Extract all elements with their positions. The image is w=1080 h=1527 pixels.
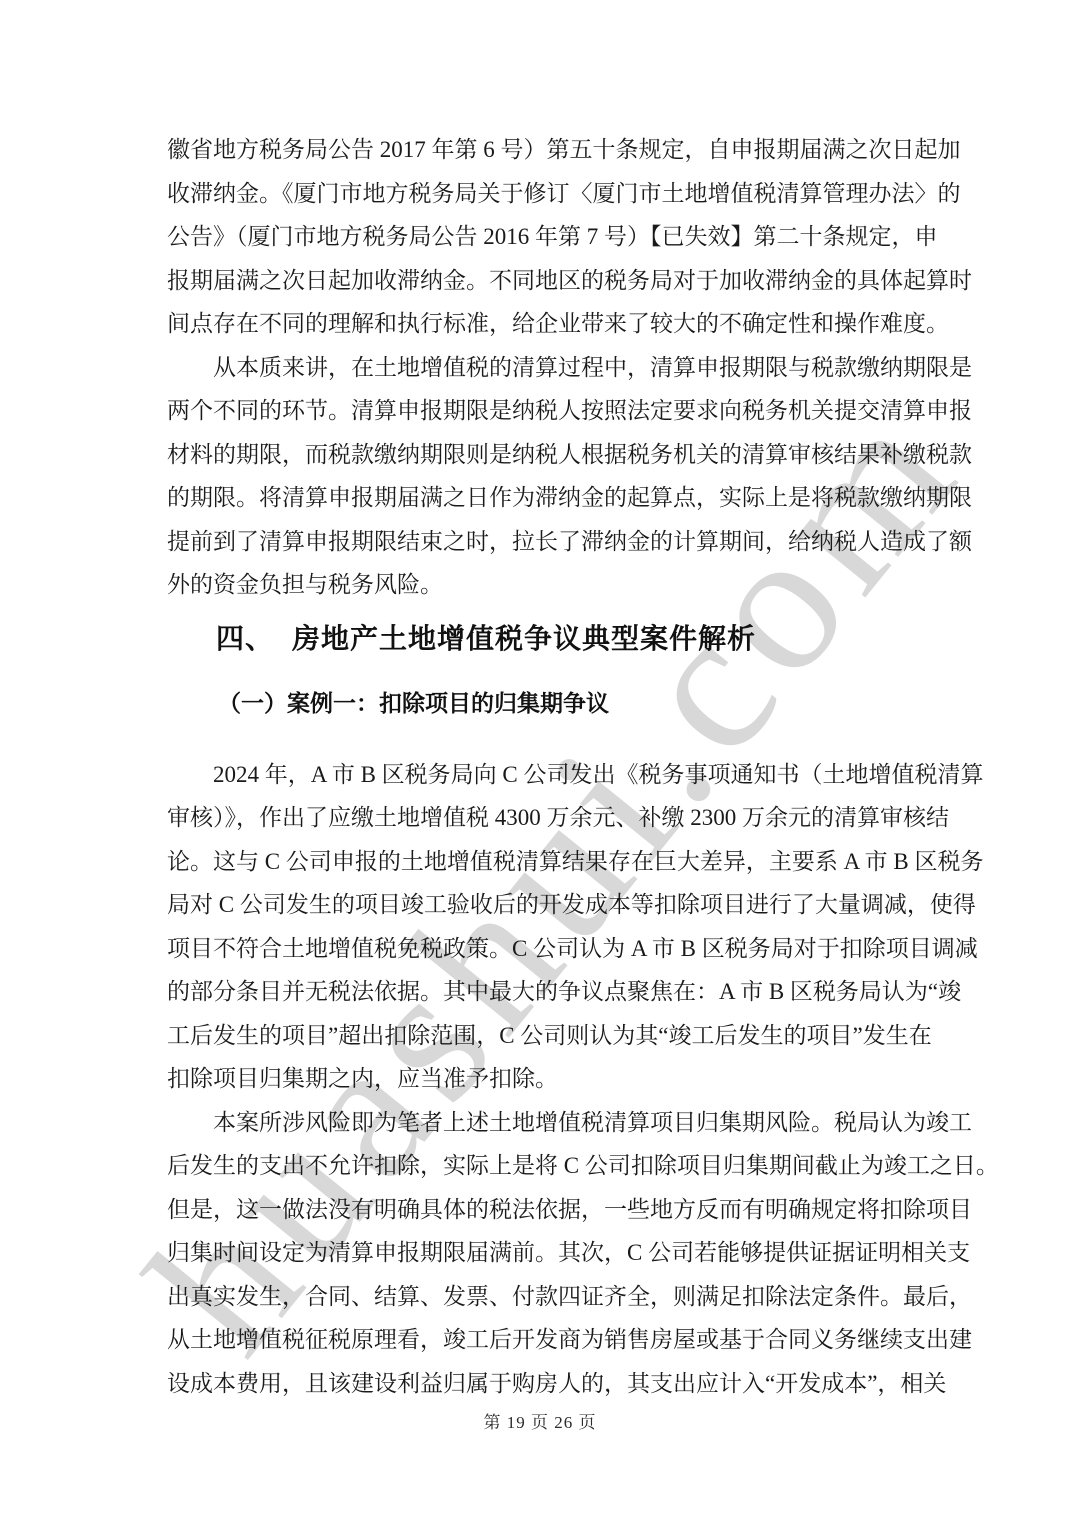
text-line: 工后发生的项目”超出扣除范围，C 公司则认为其“竣工后发生的项目”发生在 [167, 1014, 913, 1058]
text-line: 间点存在不同的理解和执行标准，给企业带来了较大的不确定性和操作难度。 [167, 302, 913, 346]
text-line: 但是，这一做法没有明确具体的税法依据，一些地方反而有明确规定将扣除项目 [167, 1188, 913, 1232]
text-line: 公告》（厦门市地方税务局公告 2016 年第 7 号）【已失效】第二十条规定，申 [167, 215, 913, 259]
text-line: 2024 年，A 市 B 区税务局向 C 公司发出《税务事项通知书（土地增值税清… [167, 753, 913, 797]
text-line: 的期限。将清算申报期届满之日作为滞纳金的起算点，实际上是将税款缴纳期限 [167, 476, 913, 520]
paragraph-overdue-fine-rules: 徽省地方税务局公告 2017 年第 6 号）第五十条规定，自申报期届满之次日起加… [167, 128, 913, 346]
section-title: 房地产土地增值税争议典型案件解析 [292, 623, 756, 654]
text-line: 局对 C 公司发生的项目竣工验收后的开发成本等扣除项目进行了大量调减，使得 [167, 883, 913, 927]
text-line: 报期届满之次日起加收滞纳金。不同地区的税务局对于加收滞纳金的具体起算时 [167, 259, 913, 303]
text-line: 从本质来讲，在土地增值税的清算过程中，清算申报期限与税款缴纳期限是 [167, 346, 913, 390]
text-line: 论。这与 C 公司申报的土地增值税清算结果存在巨大差异，主要系 A 市 B 区税… [167, 840, 913, 884]
page-number: 第 19 页 26 页 [0, 1408, 1080, 1433]
text-line: 归集时间设定为清算申报期限届满前。其次，C 公司若能够提供证据证明相关支 [167, 1231, 913, 1275]
subsection-heading: （一）案例一：扣除项目的归集期争议 [218, 681, 913, 725]
text-line: 徽省地方税务局公告 2017 年第 6 号）第五十条规定，自申报期届满之次日起加 [167, 128, 913, 172]
text-line: 材料的期限，而税款缴纳期限则是纳税人根据税务机关的清算审核结果补缴税款 [167, 433, 913, 477]
text-line: 本案所涉风险即为笔者上述土地增值税清算项目归集期风险。税局认为竣工 [167, 1101, 913, 1145]
section-heading: 四、房地产土地增值税争议典型案件解析 [216, 617, 913, 661]
text-line: 审核）》，作出了应缴土地增值税 4300 万余元、补缴 2300 万余元的清算审… [167, 796, 913, 840]
text-line: 提前到了清算申报期限结束之时，拉长了滞纳金的计算期间，给纳税人造成了额 [167, 520, 913, 564]
document-page: huashui.com 徽省地方税务局公告 2017 年第 6 号）第五十条规定… [0, 0, 1080, 1527]
text-line: 出真实发生，合同、结算、发票、付款四证齐全，则满足扣除法定条件。最后， [167, 1275, 913, 1319]
paragraph-case-one-facts: 2024 年，A 市 B 区税务局向 C 公司发出《税务事项通知书（土地增值税清… [167, 753, 913, 1101]
text-line: 设成本费用，且该建设利益归属于购房人的，其支出应计入“开发成本”，相关 [167, 1362, 913, 1406]
page-content: 徽省地方税务局公告 2017 年第 6 号）第五十条规定，自申报期届满之次日起加… [167, 128, 913, 1405]
paragraph-case-one-analysis: 本案所涉风险即为笔者上述土地增值税清算项目归集期风险。税局认为竣工后发生的支出不… [167, 1101, 913, 1406]
paragraph-deadline-distinction: 从本质来讲，在土地增值税的清算过程中，清算申报期限与税款缴纳期限是两个不同的环节… [167, 346, 913, 607]
text-line: 后发生的支出不允许扣除，实际上是将 C 公司扣除项目归集期间截止为竣工之日。 [167, 1144, 913, 1188]
text-line: 收滞纳金。《厦门市地方税务局关于修订〈厦门市土地增值税清算管理办法〉的 [167, 172, 913, 216]
text-line: 两个不同的环节。清算申报期限是纳税人按照法定要求向税务机关提交清算申报 [167, 389, 913, 433]
text-line: 从土地增值税征税原理看，竣工后开发商为销售房屋或基于合同义务继续支出建 [167, 1318, 913, 1362]
text-line: 的部分条目并无税法依据。其中最大的争议点聚焦在：A 市 B 区税务局认为“竣 [167, 970, 913, 1014]
text-line: 扣除项目归集期之内，应当准予扣除。 [167, 1057, 913, 1101]
text-line: 外的资金负担与税务风险。 [167, 563, 913, 607]
section-number: 四、 [216, 623, 274, 654]
text-line: 项目不符合土地增值税免税政策。C 公司认为 A 市 B 区税务局对于扣除项目调减 [167, 927, 913, 971]
